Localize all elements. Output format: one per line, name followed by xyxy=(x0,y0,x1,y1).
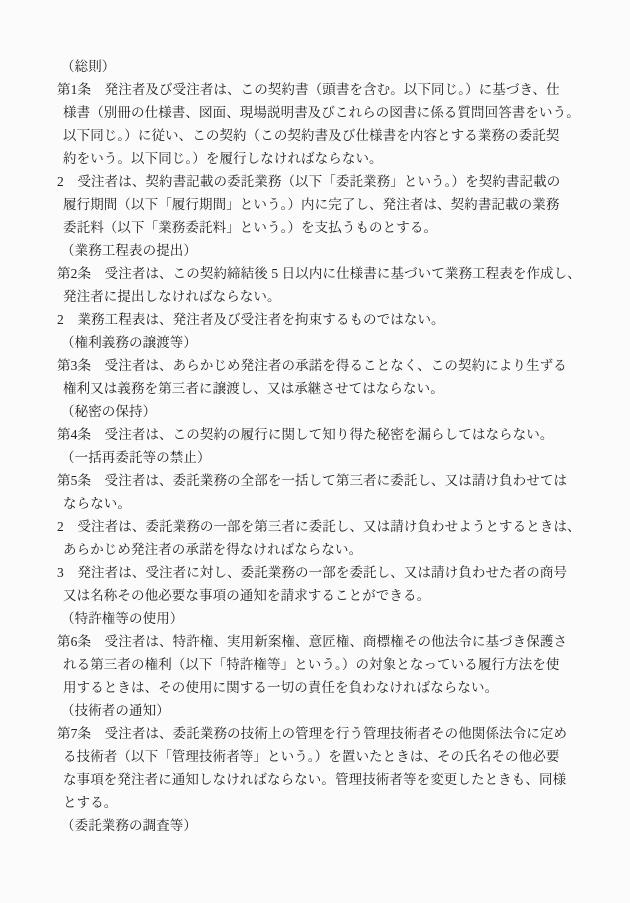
text-line: 用するときは、その使用に関する一切の責任を負わなければならない。 xyxy=(57,676,597,699)
text-line: 権利又は義務を第三者に譲渡し、又は承継させてはならない。 xyxy=(57,377,597,400)
text-line: （特許権等の使用） xyxy=(57,607,597,630)
document-body: （総則）第1条 発注者及び受注者は、この契約書（頭書を含む。以下同じ。）に基づき… xyxy=(57,55,597,837)
section-heading: （権利義務の譲渡等） xyxy=(57,331,597,354)
text-line: る技術者（以下「管理技術者等」という。）を置いたときは、その氏名その他必要 xyxy=(57,745,597,768)
text-line: な事項を発注者に通知しなければならない。管理技術者等を変更したときも、同様 xyxy=(57,768,597,791)
section-heading: （秘密の保持） xyxy=(57,400,597,423)
section-heading: （一括再委託等の禁止） xyxy=(57,446,597,469)
text-line: 3 発注者は、受注者に対し、委託業務の一部を委託し、又は請け負わせた者の商号 xyxy=(57,561,597,584)
text-line: 様書（別冊の仕様書、図面、現場説明書及びこれらの図書に係る質問回答書をいう。 xyxy=(57,101,597,124)
text-line: 履行期間（以下「履行期間」という。）内に完了し、発注者は、契約書記載の業務 xyxy=(57,193,597,216)
text-line: 第2条 受注者は、この契約締結後 5 日以内に仕様書に基づいて業務工程表を作成し… xyxy=(57,262,597,285)
article-paragraph: 第7条 受注者は、委託業務の技術上の管理を行う管理技術者その他関係法令に定める技… xyxy=(57,722,597,814)
text-line: 2 受注者は、委託業務の一部を第三者に委託し、又は請け負わせようとするときは、 xyxy=(57,515,597,538)
text-line: 又は名称その他必要な事項の通知を請求することができる。 xyxy=(57,584,597,607)
text-line: 2 受注者は、契約書記載の委託業務（以下「委託業務」という。）を契約書記載の xyxy=(57,170,597,193)
text-line: 第6条 受注者は、特許権、実用新案権、意匠権、商標権その他法令に基づき保護さ xyxy=(57,630,597,653)
text-line: 以下同じ。）に従い、この契約（この契約書及び仕様書を内容とする業務の委託契 xyxy=(57,124,597,147)
text-line: 第7条 受注者は、委託業務の技術上の管理を行う管理技術者その他関係法令に定め xyxy=(57,722,597,745)
text-line: 約をいう。以下同じ。）を履行しなければならない。 xyxy=(57,147,597,170)
article-paragraph: 第3条 受注者は、あらかじめ発注者の承諾を得ることなく、この契約により生ずる権利… xyxy=(57,354,597,400)
article-paragraph: 第6条 受注者は、特許権、実用新案権、意匠権、商標権その他法令に基づき保護される… xyxy=(57,630,597,699)
numbered-paragraph: 2 受注者は、委託業務の一部を第三者に委託し、又は請け負わせようとするときは、あ… xyxy=(57,515,597,561)
article-paragraph: 第4条 受注者は、この契約の履行に関して知り得た秘密を漏らしてはならない。 xyxy=(57,423,597,446)
article-paragraph: 第1条 発注者及び受注者は、この契約書（頭書を含む。以下同じ。）に基づき、仕様書… xyxy=(57,78,597,170)
section-heading: （技術者の通知） xyxy=(57,699,597,722)
section-heading: （委託業務の調査等） xyxy=(57,814,597,837)
text-line: 第5条 受注者は、委託業務の全部を一括して第三者に委託し、又は請け負わせては xyxy=(57,469,597,492)
numbered-paragraph: 2 業務工程表は、発注者及び受注者を拘束するものではない。 xyxy=(57,308,597,331)
text-line: （技術者の通知） xyxy=(57,699,597,722)
text-line: （権利義務の譲渡等） xyxy=(57,331,597,354)
section-heading: （総則） xyxy=(57,55,597,78)
text-line: れる第三者の権利（以下「特許権等」という。）の対象となっている履行方法を使 xyxy=(57,653,597,676)
contract-page: （総則）第1条 発注者及び受注者は、この契約書（頭書を含む。以下同じ。）に基づき… xyxy=(0,0,630,903)
article-paragraph: 第2条 受注者は、この契約締結後 5 日以内に仕様書に基づいて業務工程表を作成し… xyxy=(57,262,597,308)
article-paragraph: 第5条 受注者は、委託業務の全部を一括して第三者に委託し、又は請け負わせてはなら… xyxy=(57,469,597,515)
section-heading: （特許権等の使用） xyxy=(57,607,597,630)
text-line: （総則） xyxy=(57,55,597,78)
text-line: 委託料（以下「業務委託料」という。）を支払うものとする。 xyxy=(57,216,597,239)
text-line: 発注者に提出しなければならない。 xyxy=(57,285,597,308)
text-line: 第1条 発注者及び受注者は、この契約書（頭書を含む。以下同じ。）に基づき、仕 xyxy=(57,78,597,101)
numbered-paragraph: 2 受注者は、契約書記載の委託業務（以下「委託業務」という。）を契約書記載の履行… xyxy=(57,170,597,239)
text-line: （秘密の保持） xyxy=(57,400,597,423)
text-line: 第4条 受注者は、この契約の履行に関して知り得た秘密を漏らしてはならない。 xyxy=(57,423,597,446)
text-line: とする。 xyxy=(57,791,597,814)
text-line: 2 業務工程表は、発注者及び受注者を拘束するものではない。 xyxy=(57,308,597,331)
text-line: （一括再委託等の禁止） xyxy=(57,446,597,469)
text-line: （委託業務の調査等） xyxy=(57,814,597,837)
section-heading: （業務工程表の提出） xyxy=(57,239,597,262)
text-line: （業務工程表の提出） xyxy=(57,239,597,262)
text-line: あらかじめ発注者の承諾を得なければならない。 xyxy=(57,538,597,561)
numbered-paragraph: 3 発注者は、受注者に対し、委託業務の一部を委託し、又は請け負わせた者の商号又は… xyxy=(57,561,597,607)
text-line: 第3条 受注者は、あらかじめ発注者の承諾を得ることなく、この契約により生ずる xyxy=(57,354,597,377)
text-line: ならない。 xyxy=(57,492,597,515)
